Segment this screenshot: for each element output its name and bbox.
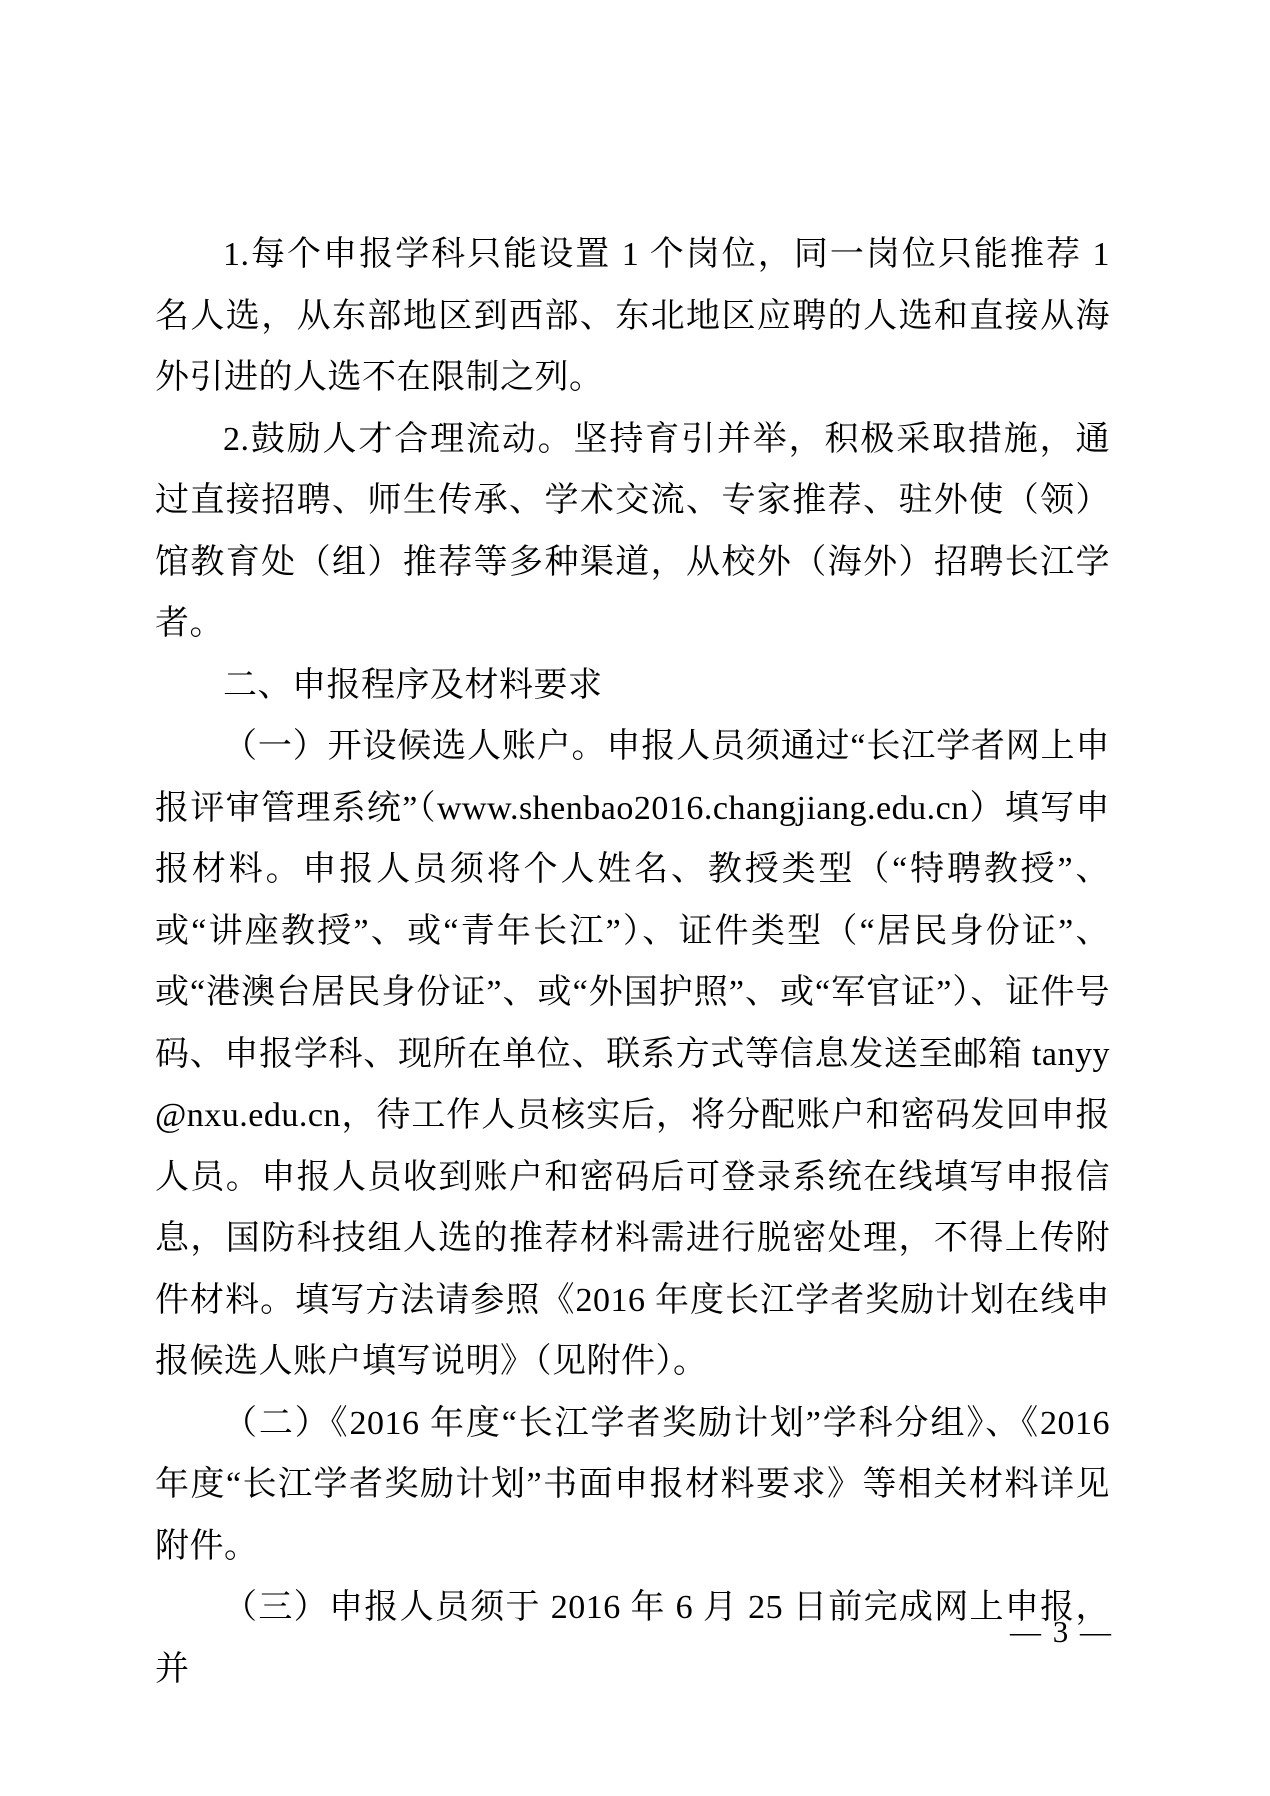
page-number: — 3 — (1010, 1612, 1113, 1652)
paragraph-talent-mobility: 2.鼓励人才合理流动。坚持育引并举，积极采取措施，通过直接招聘、师生传承、学术交… (155, 409, 1110, 655)
document-body: 1.每个申报学科只能设置 1 个岗位，同一岗位只能推荐 1 名人选，从东部地区到… (155, 224, 1110, 1700)
paragraph-quota-rule: 1.每个申报学科只能设置 1 个岗位，同一岗位只能推荐 1 名人选，从东部地区到… (155, 224, 1110, 409)
document-page: 1.每个申报学科只能设置 1 个岗位，同一岗位只能推荐 1 名人选，从东部地区到… (0, 0, 1270, 1796)
paragraph-deadline: （三）申报人员须于 2016 年 6 月 25 日前完成网上申报，并 (155, 1577, 1110, 1700)
paragraph-attachment-materials: （二）《2016 年度“长江学者奖励计划”学科分组》、《2016 年度“长江学者… (155, 1393, 1110, 1578)
section-heading-application-procedure: 二、申报程序及材料要求 (155, 655, 1110, 717)
paragraph-account-setup: （一）开设候选人账户。申报人员须通过“长江学者网上申报评审管理系统”（www.s… (155, 716, 1110, 1393)
